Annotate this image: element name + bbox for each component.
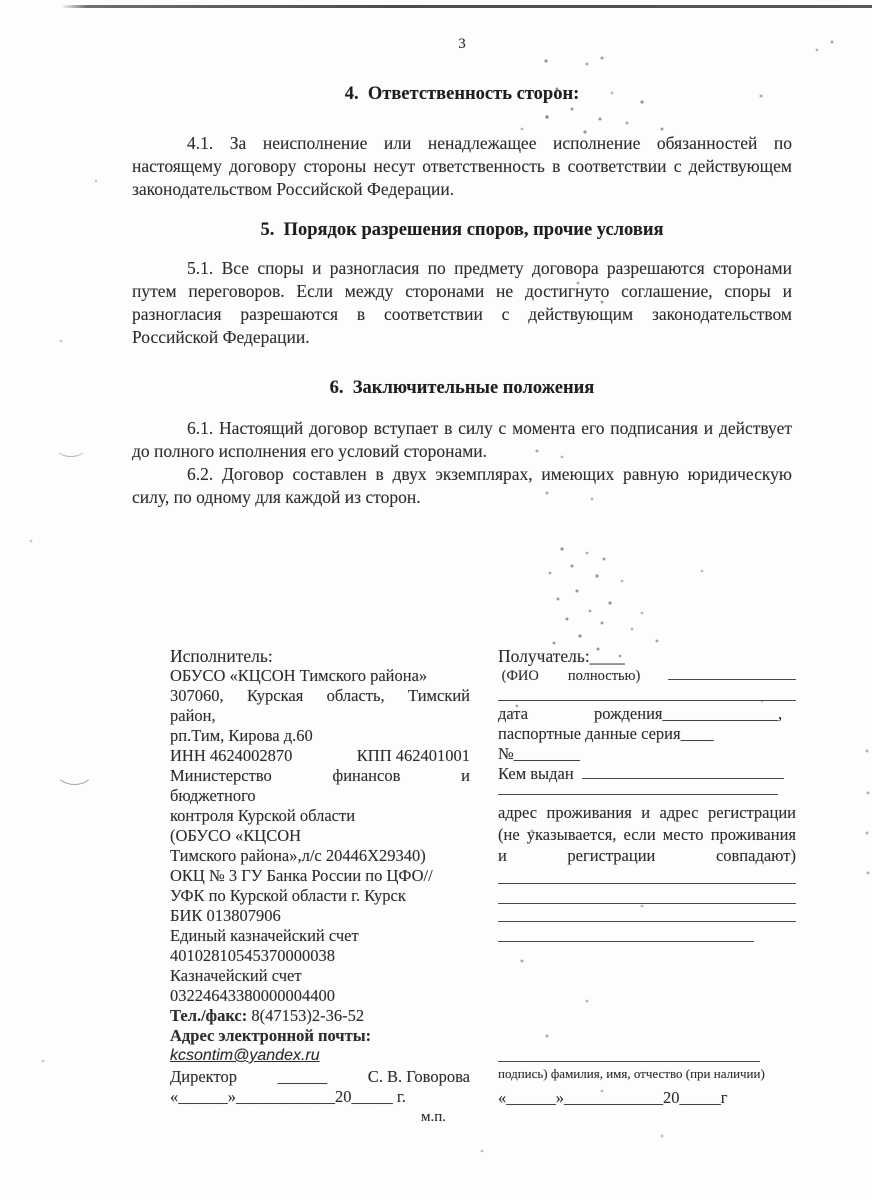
blank-line xyxy=(498,794,778,795)
punch-hole-mark xyxy=(55,436,87,457)
executor-bank-line: ОКЦ № 3 ГУ Банка России по ЦФО// xyxy=(170,866,470,886)
executor-bank-line: бюджетного xyxy=(170,786,470,806)
executor-account-label: Единый казначейский счет xyxy=(170,926,470,946)
fio-fill-line xyxy=(668,679,796,680)
kpp-value: КПП 462401001 xyxy=(357,746,470,766)
executor-address-line: рп.Тим, Кирова д.60 xyxy=(170,726,470,746)
blank-line xyxy=(498,700,796,701)
executor-block: Исполнитель: ОБУСО «КЦСОН Тимского район… xyxy=(170,646,470,1127)
blank-line xyxy=(498,921,796,922)
executor-treasury-label: Казначейский счет xyxy=(170,966,470,986)
paragraph-4-1: 4.1. За неисполнение или ненадлежащее ис… xyxy=(132,132,792,201)
section-5-heading: 5. Порядок разрешения споров, прочие усл… xyxy=(132,220,792,241)
stamp-mark: м.п. xyxy=(170,1107,470,1127)
director-signature-row: Директор ______ С. В. Говорова xyxy=(170,1067,470,1087)
section-5-body: 5.1. Все споры и разногласия по предмету… xyxy=(132,257,792,349)
blank-line xyxy=(498,903,796,904)
inn-value: ИНН 4624002870 xyxy=(170,746,292,766)
blank-line xyxy=(498,941,754,942)
issued-label: Кем выдан xyxy=(498,764,574,784)
email-label: Адрес электронной почты: xyxy=(170,1026,470,1046)
executor-account-number: 40102810545370000038 xyxy=(170,946,470,966)
scan-speckle-noise xyxy=(0,0,2,2)
signature-caption: подпись) фамилия, имя, отчество (при нал… xyxy=(498,1064,796,1084)
executor-bank-line: УФК по Курской области г. Курск xyxy=(170,886,470,906)
section-4-body: 4.1. За неисполнение или ненадлежащее ис… xyxy=(132,132,792,201)
section-6-body: 6.1. Настоящий договор вступает в силу с… xyxy=(132,417,792,509)
issued-fill-line xyxy=(582,778,784,779)
scan-edge-artifact xyxy=(0,5,872,8)
executor-bank-line: Тимского района»,л/с 20446Х29340) xyxy=(170,846,470,866)
executor-address-line: район, xyxy=(170,706,470,726)
recipient-date-row: «______»____________20_____г xyxy=(498,1088,796,1108)
page-number: 3 xyxy=(132,36,792,53)
fio-hint: (ФИО полностью) xyxy=(498,666,640,686)
blank-line xyxy=(498,883,796,884)
signature-line xyxy=(498,1061,760,1062)
executor-treasury-number: 03224643380000004400 xyxy=(170,986,470,1006)
section-4-heading: 4. Ответственность сторон: xyxy=(132,84,792,105)
paragraph-6-2: 6.2. Договор составлен в двух экземпляра… xyxy=(132,463,792,509)
executor-inn-kpp-row: ИНН 4624002870 КПП 462401001 xyxy=(170,746,470,766)
birth-row: дата рождения______________, xyxy=(498,704,796,724)
scanned-contract-page: 3 4. Ответственность сторон: 4.1. За неи… xyxy=(0,0,872,1200)
recipient-block: Получатель:____ (ФИО полностью) дата рож… xyxy=(498,646,796,1108)
executor-bank-line: (ОБУСО «КЦСОН xyxy=(170,826,470,846)
executor-date-row: «______»____________20_____ г. xyxy=(170,1087,470,1107)
passport-row: паспортные данные серия____ №________ xyxy=(498,724,796,764)
recipient-title: Получатель:____ xyxy=(498,646,796,666)
signature-blank: ______ xyxy=(278,1067,328,1087)
punch-hole-mark xyxy=(55,756,94,785)
issued-row: Кем выдан xyxy=(498,764,796,784)
phone-value: 8(47153)2-36-52 xyxy=(251,1006,364,1025)
phone-label: Тел./факс: xyxy=(170,1006,247,1025)
executor-bank-line: контроля Курской области xyxy=(170,806,470,826)
director-label: Директор xyxy=(170,1067,237,1087)
executor-phone-row: Тел./факс: 8(47153)2-36-52 xyxy=(170,1006,470,1026)
executor-org-line: ОБУСО «КЦСОН Тимского района» xyxy=(170,666,470,686)
executor-title: Исполнитель: xyxy=(170,646,470,666)
director-name: С. В. Говорова xyxy=(368,1067,470,1087)
fio-hint-row: (ФИО полностью) xyxy=(498,666,796,686)
email-value: kcsontim@yandex.ru xyxy=(170,1046,470,1066)
address-note: адрес проживания и адрес регистрации (не… xyxy=(498,802,796,867)
executor-bik-line: БИК 013807906 xyxy=(170,906,470,926)
paragraph-6-1: 6.1. Настоящий договор вступает в силу с… xyxy=(132,417,792,463)
executor-address-line: 307060, Курская область, Тимский xyxy=(170,686,470,706)
section-6-heading: 6. Заключительные положения xyxy=(132,378,792,399)
paragraph-5-1: 5.1. Все споры и разногласия по предмету… xyxy=(132,257,792,349)
executor-bank-line: Министерство финансов и xyxy=(170,766,470,786)
